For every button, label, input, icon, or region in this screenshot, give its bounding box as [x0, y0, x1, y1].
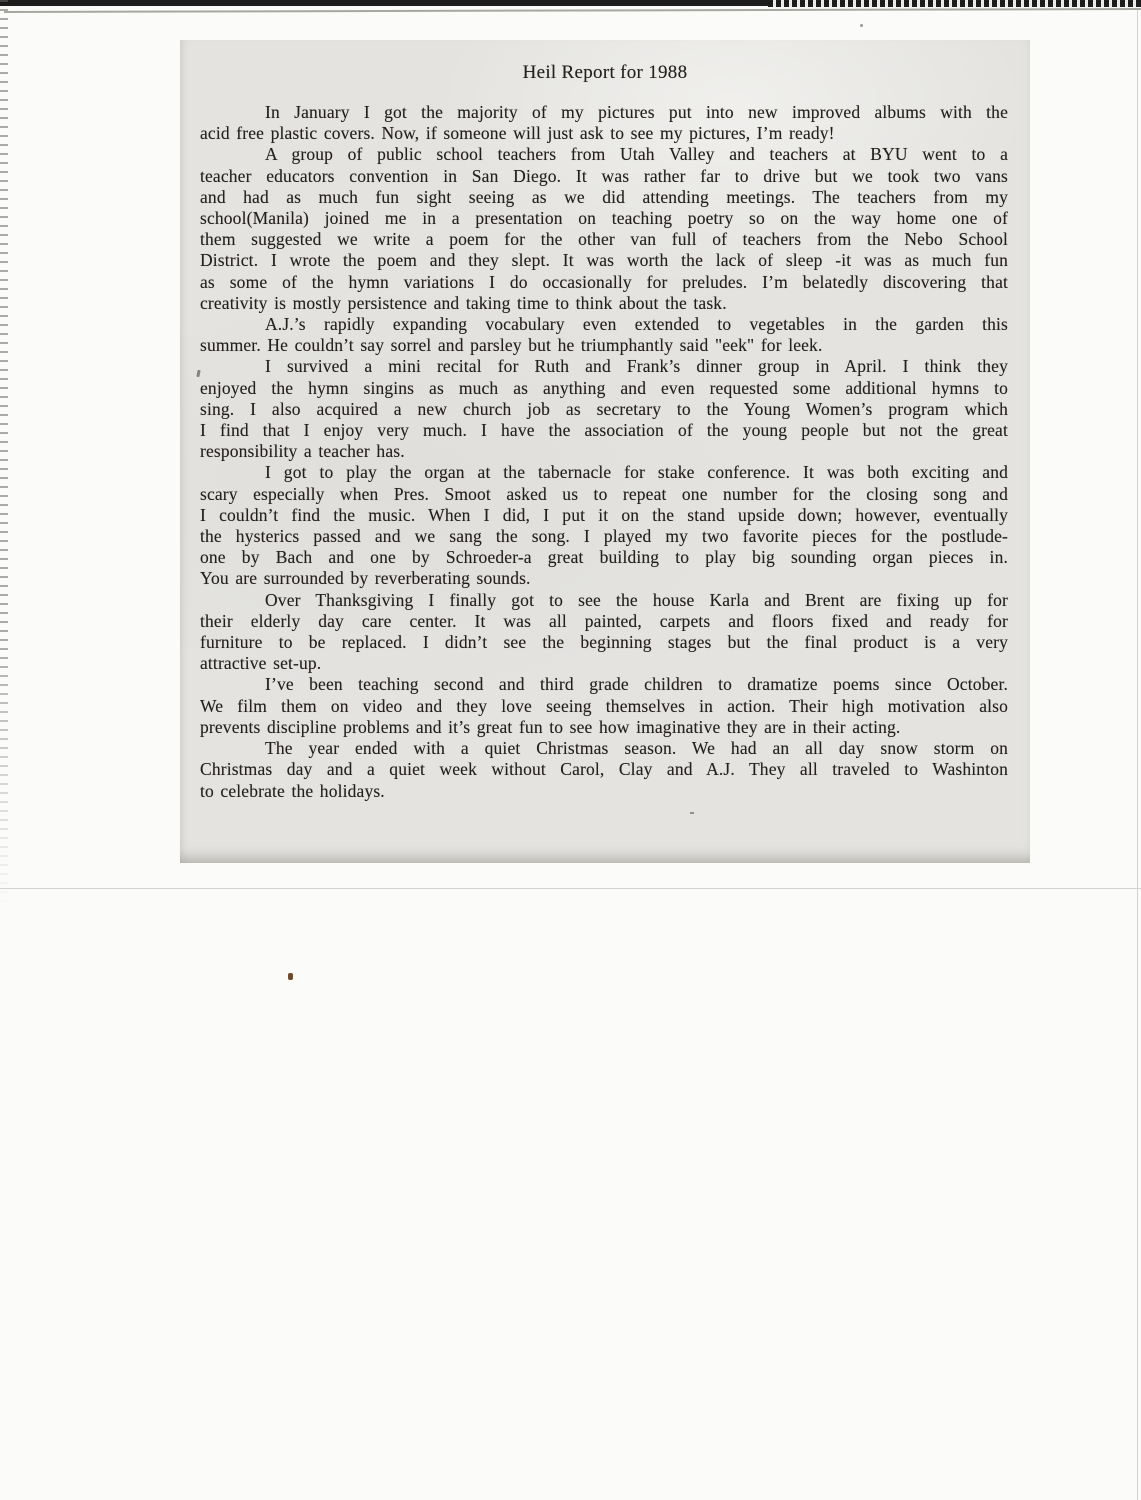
text-line: furniture to be replaced. I didn’t see t… — [200, 632, 1008, 653]
text-line: District. I wrote the poem and they slep… — [200, 250, 1008, 271]
text-line: one by Bach and one by Schroeder-a great… — [200, 547, 1008, 568]
text-line: their elderly day care center. It was al… — [200, 611, 1008, 632]
text-line: attractive set-up. — [200, 653, 1008, 674]
text-line: enjoyed the hymn singins as much as anyt… — [200, 378, 1008, 399]
paragraph: I survived a mini recital for Ruth and F… — [200, 356, 1008, 462]
document-title: Heil Report for 1988 — [180, 62, 1030, 84]
text-line: summer. He couldn’t say sorrel and parsl… — [200, 335, 1008, 356]
text-line: A group of public school teachers from U… — [200, 144, 1008, 165]
text-line: school(Manila) joined me in a presentati… — [200, 208, 1008, 229]
binding-perforation-marks — [0, 0, 8, 908]
scanner-edge-perforation-strip — [768, 0, 1141, 7]
text-line: I’ve been teaching second and third grad… — [200, 674, 1008, 695]
scanner-edge-bar — [0, 0, 768, 6]
paragraph: I’ve been teaching second and third grad… — [200, 674, 1008, 738]
text-line: I couldn’t find the music. When I did, I… — [200, 505, 1008, 526]
text-line: Over Thanksgiving I finally got to see t… — [200, 590, 1008, 611]
text-line: I survived a mini recital for Ruth and F… — [200, 356, 1008, 377]
text-line: scary especially when Pres. Smoot asked … — [200, 484, 1008, 505]
paragraph: The year ended with a quiet Christmas se… — [200, 738, 1008, 802]
text-line: You are surrounded by reverberating soun… — [200, 568, 1008, 589]
text-line: Christmas day and a quiet week without C… — [200, 759, 1008, 780]
scan-speck — [690, 812, 694, 814]
document-body: In January I got the majority of my pict… — [200, 102, 1008, 802]
text-line: teacher educators convention in San Dieg… — [200, 166, 1008, 187]
paragraph: Over Thanksgiving I finally got to see t… — [200, 590, 1008, 675]
paragraph: A group of public school teachers from U… — [200, 144, 1008, 314]
text-line: as some of the hymn variations I do occa… — [200, 272, 1008, 293]
paragraph: In January I got the majority of my pict… — [200, 102, 1008, 144]
scan-bottom-line — [0, 888, 1141, 889]
text-line: A.J.’s rapidly expanding vocabulary even… — [200, 314, 1008, 335]
text-line: the hysterics passed and we sang the son… — [200, 526, 1008, 547]
page-edge-line — [1137, 10, 1138, 1500]
paragraph: A.J.’s rapidly expanding vocabulary even… — [200, 314, 1008, 356]
text-line: them suggested we write a poem for the o… — [200, 229, 1008, 250]
text-line: and had as much fun sight seeing as we d… — [200, 187, 1008, 208]
scan-speck — [860, 24, 863, 27]
text-line: sing. I also acquired a new church job a… — [200, 399, 1008, 420]
photocopied-page: Heil Report for 1988 In January I got th… — [180, 40, 1030, 863]
text-line: prevents discipline problems and it’s gr… — [200, 717, 1008, 738]
text-line: acid free plastic covers. Now, if someon… — [200, 123, 1008, 144]
ink-speck — [288, 973, 293, 980]
text-line: In January I got the majority of my pict… — [200, 102, 1008, 123]
text-line: to celebrate the holidays. — [200, 781, 1008, 802]
text-line: I got to play the organ at the tabernacl… — [200, 462, 1008, 483]
text-line: We film them on video and they love seei… — [200, 696, 1008, 717]
text-line: responsibility a teacher has. — [200, 441, 1008, 462]
scan-top-line — [4, 8, 1141, 13]
text-line: The year ended with a quiet Christmas se… — [200, 738, 1008, 759]
paragraph: I got to play the organ at the tabernacl… — [200, 462, 1008, 589]
text-line: I find that I enjoy very much. I have th… — [200, 420, 1008, 441]
text-line: creativity is mostly persistence and tak… — [200, 293, 1008, 314]
